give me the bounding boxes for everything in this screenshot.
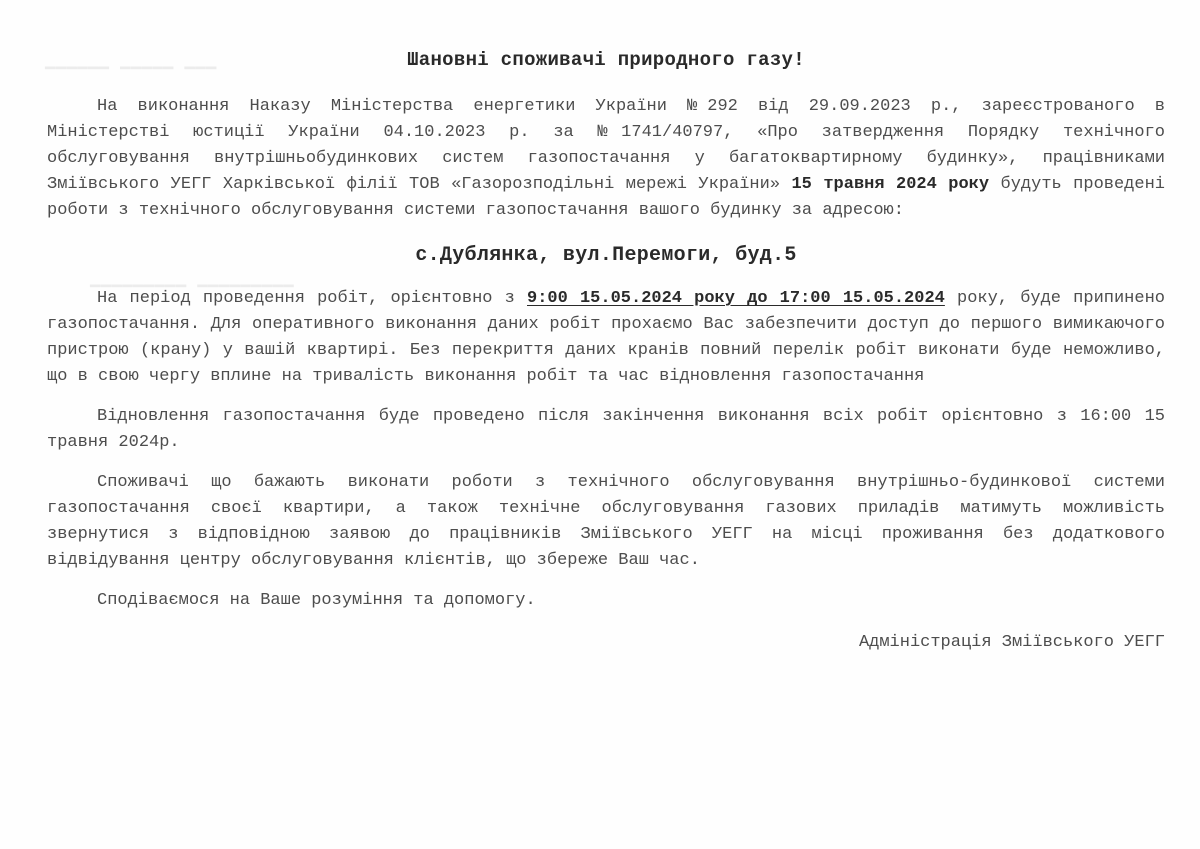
notice-content: Шановні споживачі природного газу! На ви… [47, 46, 1165, 656]
shutoff-intro-text: На період проведення робіт, орієнтовно з [97, 289, 527, 308]
paragraph-closing: Сподіваємося на Ваше розуміння та допомо… [47, 588, 1165, 614]
paragraph-legal-basis: На виконання Наказу Міністерства енергет… [47, 94, 1165, 224]
scanned-notice-page: ▁▁▁▁▁▁ ▁▁▁▁▁ ▁▁▁ ▁▁▁▁▁▁▁▁▁ ▁▁▁▁▁▁▁▁▁ Шан… [0, 0, 1200, 849]
maintenance-date: 15 травня 2024 року [791, 175, 989, 194]
signature-administration: Адміністрація Зміївського УЕГГ [47, 630, 1165, 656]
paragraph-service-requests: Споживачі що бажають виконати роботи з т… [47, 470, 1165, 574]
paragraph-shutoff-period: На період проведення робіт, орієнтовно з… [47, 286, 1165, 390]
paragraph-restoration: Відновлення газопостачання буде проведен… [47, 404, 1165, 456]
building-address: с.Дублянка, вул.Перемоги, буд.5 [47, 242, 1165, 270]
shutoff-time-window: 9:00 15.05.2024 року до 17:00 15.05.2024 [527, 289, 945, 308]
notice-title: Шановні споживачі природного газу! [47, 46, 1165, 74]
